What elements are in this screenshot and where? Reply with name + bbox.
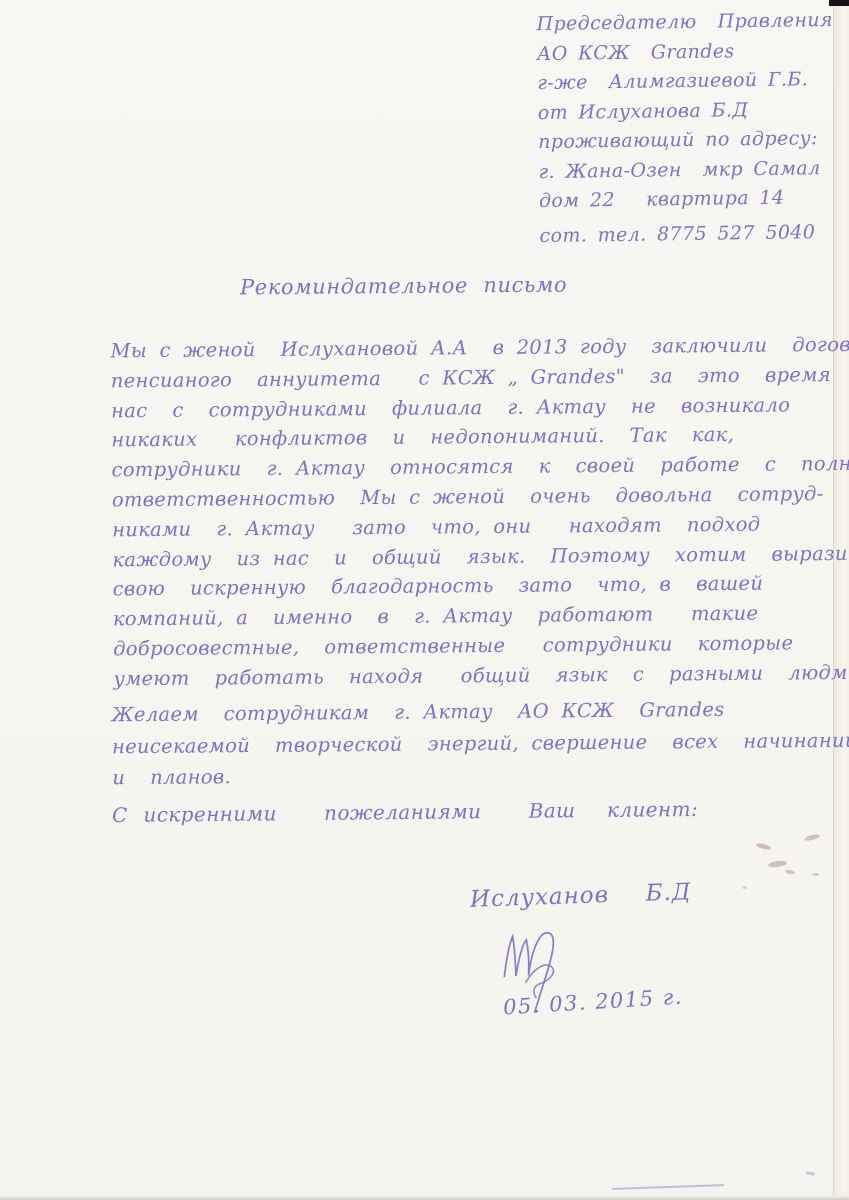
ink-smudge (756, 842, 772, 850)
letter-paragraph-1: Мы с женой Ислухановой А.А в 2013 году з… (110, 330, 849, 694)
body-line: и планов. (112, 756, 849, 794)
ink-smudge (742, 886, 747, 889)
signature-name: Ислуханов Б.Д (470, 879, 692, 913)
ink-smudge (812, 873, 819, 876)
body-line: неисекаемой творческой энергий, свершени… (112, 724, 849, 762)
header-line-phone: сот. тел. 8775 527 5040 (539, 217, 836, 251)
letter-header: Председателю Правления АО КСЖ Grandes г-… (536, 6, 836, 251)
letter-title: Рекоминдательное письмо (240, 273, 567, 300)
header-line-company: АО КСЖ Grandes (537, 35, 834, 69)
ink-smudge (785, 869, 796, 875)
body-line: умеют работать находя общий язык с разны… (113, 657, 849, 693)
scanned-letter-page: Председателю Правления АО КСЖ Grandes г-… (0, 0, 849, 1200)
header-line-house: дом 22 квартира 14 (539, 183, 836, 217)
ink-smudge (768, 860, 788, 869)
header-line-address-label: проживающий по адресу: (538, 124, 835, 158)
stray-pen-mark (806, 1171, 815, 1176)
stray-pen-line (612, 1184, 724, 1190)
header-line-recipient-name: г-же Алимгазиевой Г.Б. (537, 65, 834, 99)
header-line-city: г. Жана-Озен мкр Самал (538, 153, 835, 187)
header-line-sender-name: от Ислуханова Б.Д (538, 94, 835, 128)
header-line-recipient-title: Председателю Правления (536, 6, 833, 40)
letter-paragraph-2: Желаем сотрудникам г. Актау АО КСЖ Grand… (112, 693, 849, 794)
ink-smudge (804, 833, 821, 842)
letter-closing: С искренними пожеланиями Ваш клиент: (112, 797, 698, 827)
